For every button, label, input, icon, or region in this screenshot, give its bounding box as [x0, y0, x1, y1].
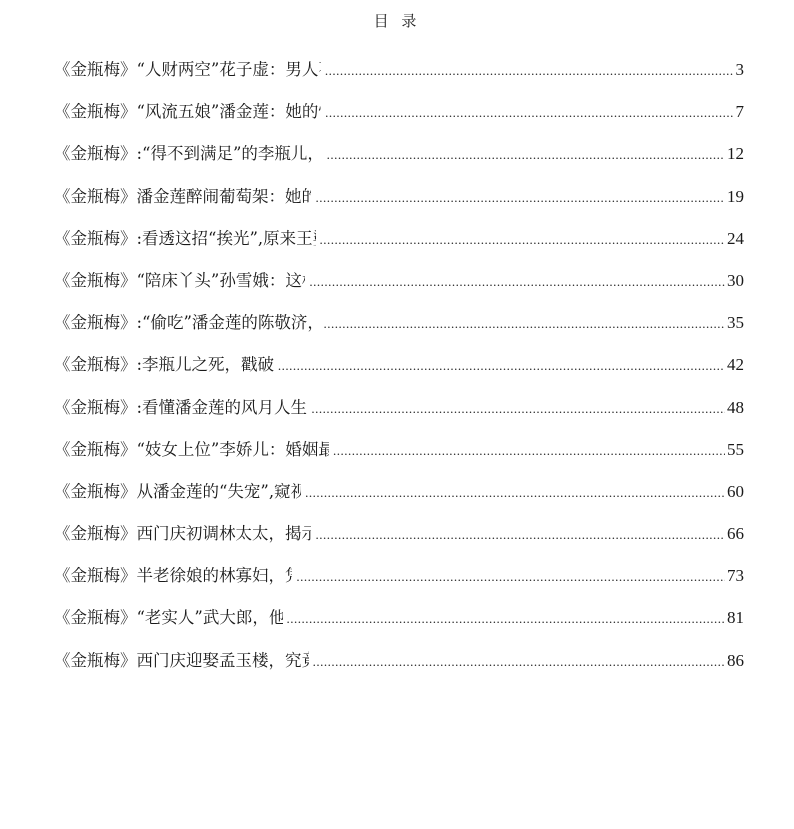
toc-entry-title: 《金瓶梅》“风流五娘”潘金莲：她的怪癖，为何偏爱“听墙角”: [54, 101, 321, 123]
toc-entry-page: 30: [727, 270, 744, 292]
toc-entry[interactable]: 《金瓶梅》西门庆迎娶孟玉楼，究竟是骗婚还是心甘情愿? 86: [54, 650, 744, 692]
toc-entry-title: 《金瓶梅》潘金莲醉闹葡萄架：她的恶，是见不得别人快活: [54, 186, 311, 208]
dot-leader: [305, 482, 725, 504]
toc-entry-title: 《金瓶梅》:看透这招“挨光”,原来王婆才是最懂两性法则的人: [54, 228, 316, 250]
toc-entry[interactable]: 《金瓶梅》潘金莲醉闹葡萄架：她的恶，是见不得别人快活 19: [54, 186, 744, 228]
toc-heading: 目 录: [0, 10, 794, 32]
document-page: 目 录 《金瓶梅》“人财两空”花子虚：男人不回家，就看看他的下场 3 《金瓶梅》…: [0, 0, 794, 829]
toc-entry-title: 《金瓶梅》“陪床丫头”孙雪娥：这样的女人，注定不幸福: [54, 270, 305, 292]
toc-entry-title: 《金瓶梅》:看懂潘金莲的风月人生，才知有些圈子要远离: [54, 397, 307, 419]
toc-entry[interactable]: 《金瓶梅》“风流五娘”潘金莲：她的怪癖，为何偏爱“听墙角” 7: [54, 101, 744, 143]
toc-entry-page: 60: [727, 481, 744, 503]
toc-entry[interactable]: 《金瓶梅》“陪床丫头”孙雪娥：这样的女人，注定不幸福 30: [54, 270, 744, 312]
toc-entry[interactable]: 《金瓶梅》:“偷吃”潘金莲的陈敬济，为什么从贵公子沦为乞丐 35: [54, 312, 744, 354]
toc-entry[interactable]: 《金瓶梅》:“得不到满足”的李瓶儿，为何说西门庆是医她的药? 12: [54, 143, 744, 185]
toc-entry[interactable]: 《金瓶梅》:李瓶儿之死，戳破婚姻该有的尺度 42: [54, 354, 744, 396]
toc-entry[interactable]: 《金瓶梅》“人财两空”花子虚：男人不回家，就看看他的下场 3: [54, 59, 744, 101]
toc-entry-page: 55: [727, 439, 744, 461]
toc-entry-title: 《金瓶梅》从潘金莲的“失宠”,窥视女人的婚姻经营之道: [54, 481, 301, 503]
table-of-contents: 《金瓶梅》“人财两空”花子虚：男人不回家，就看看他的下场 3 《金瓶梅》“风流五…: [54, 59, 744, 692]
toc-entry-page: 3: [736, 59, 745, 81]
dot-leader: [287, 608, 725, 630]
toc-entry-title: 《金瓶梅》西门庆初调林太太，揭示上流社会的人有多虚伪: [54, 523, 311, 545]
toc-entry[interactable]: 《金瓶梅》从潘金莲的“失宠”,窥视女人的婚姻经营之道 60: [54, 481, 744, 523]
dot-leader: [309, 271, 725, 293]
toc-entry-title: 《金瓶梅》西门庆迎娶孟玉楼，究竟是骗婚还是心甘情愿?: [54, 650, 309, 672]
toc-entry-title: 《金瓶梅》:“偷吃”潘金莲的陈敬济，为什么从贵公子沦为乞丐: [54, 312, 320, 334]
toc-entry[interactable]: 《金瓶梅》:看透这招“挨光”,原来王婆才是最懂两性法则的人 24: [54, 228, 744, 270]
dot-leader: [320, 229, 725, 251]
toc-entry-page: 7: [736, 101, 745, 123]
toc-entry-page: 19: [727, 186, 744, 208]
toc-entry-page: 48: [727, 397, 744, 419]
toc-entry-page: 73: [727, 565, 744, 587]
toc-entry-title: 《金瓶梅》“妓女上位”李娇儿：婚姻最残酷的真相，钱比情爱靠谱: [54, 439, 329, 461]
dot-leader: [296, 566, 725, 588]
toc-entry[interactable]: 《金瓶梅》“老实人”武大郎，他为何惧怕潘金莲? 81: [54, 607, 744, 649]
dot-leader: [327, 144, 725, 166]
toc-entry-page: 24: [727, 228, 744, 250]
toc-entry-page: 81: [727, 607, 744, 629]
dot-leader: [315, 524, 725, 546]
dot-leader: [311, 398, 725, 420]
toc-entry-page: 35: [727, 312, 744, 334]
toc-entry-title: 《金瓶梅》“人财两空”花子虚：男人不回家，就看看他的下场: [54, 59, 321, 81]
toc-entry-title: 《金瓶梅》:“得不到满足”的李瓶儿，为何说西门庆是医她的药?: [54, 143, 323, 165]
toc-entry-title: 《金瓶梅》半老徐娘的林寡妇，凭什么让西门庆倾心: [54, 565, 292, 587]
dot-leader: [315, 187, 725, 209]
toc-entry-page: 42: [727, 354, 744, 376]
toc-entry[interactable]: 《金瓶梅》:看懂潘金莲的风月人生，才知有些圈子要远离 48: [54, 397, 744, 439]
dot-leader: [325, 60, 734, 82]
dot-leader: [325, 102, 733, 124]
toc-entry[interactable]: 《金瓶梅》西门庆初调林太太，揭示上流社会的人有多虚伪 66: [54, 523, 744, 565]
toc-entry-title: 《金瓶梅》“老实人”武大郎，他为何惧怕潘金莲?: [54, 607, 283, 629]
toc-entry-page: 12: [727, 143, 744, 165]
dot-leader: [324, 313, 725, 335]
dot-leader: [313, 651, 725, 673]
dot-leader: [333, 440, 725, 462]
toc-entry[interactable]: 《金瓶梅》“妓女上位”李娇儿：婚姻最残酷的真相，钱比情爱靠谱 55: [54, 439, 744, 481]
toc-entry[interactable]: 《金瓶梅》半老徐娘的林寡妇，凭什么让西门庆倾心 73: [54, 565, 744, 607]
toc-entry-page: 86: [727, 650, 744, 672]
toc-entry-title: 《金瓶梅》:李瓶儿之死，戳破婚姻该有的尺度: [54, 354, 274, 376]
dot-leader: [278, 355, 725, 377]
toc-entry-page: 66: [727, 523, 744, 545]
